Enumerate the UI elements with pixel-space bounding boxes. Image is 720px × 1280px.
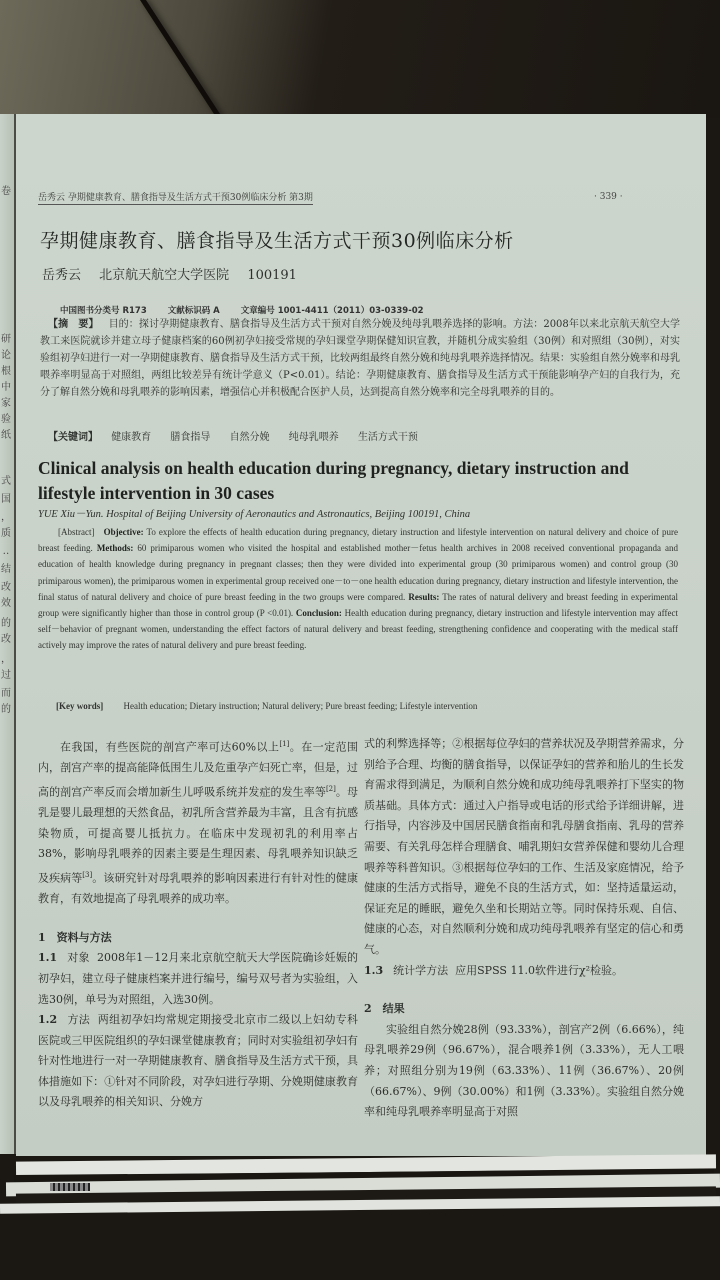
objective-label: Objective: — [104, 527, 144, 537]
previous-page-glyph: 改 — [0, 582, 12, 594]
conclusion-label: Conclusion: — [296, 608, 342, 618]
keyword: 健康教育 — [111, 432, 151, 443]
running-head: 岳秀云 孕期健康教育、膳食指导及生活方式干预30例临床分析 第3期 — [38, 190, 313, 205]
english-title: Clinical analysis on health education du… — [38, 456, 678, 506]
english-keywords: [Key words] Health education; Dietary in… — [56, 701, 477, 711]
citation-1: [1] — [279, 740, 289, 748]
chinese-keywords: 【关键词】 健康教育 膳食指导 自然分娩 纯母乳喂养 生活方式干预 — [48, 428, 434, 443]
english-author-line: YUE Xiu－Yun. Hospital of Beijing Univers… — [38, 506, 470, 521]
previous-page-glyph: 改 — [0, 634, 12, 646]
methods-label: Methods: — [97, 543, 134, 553]
chinese-author-line: 岳秀云 北京航天航空大学医院 100191 — [42, 264, 311, 283]
previous-page-glyph: 中 — [0, 382, 12, 394]
previous-page-glyph: 验 — [0, 414, 12, 426]
previous-page-glyph: 纸 — [0, 430, 12, 442]
page-number: · 339 · — [594, 192, 623, 202]
author-affiliation: 北京航天航空大学医院 — [99, 268, 229, 283]
previous-page-glyph: 而 — [0, 688, 12, 700]
previous-page-glyph: 效 — [0, 598, 12, 610]
subsection-title: 统计学方法 — [393, 964, 448, 977]
previous-page-glyph: 式 — [0, 476, 12, 488]
previous-page-glyph: 质 — [0, 528, 12, 540]
previous-page-glyph: 卷 — [0, 186, 12, 198]
previous-page-glyph: 论 — [0, 350, 12, 362]
subsection-title: 方法 — [67, 1013, 90, 1026]
subsection-1-1: 1.1对象 2008年1－12月来北京航空航天大学医院确诊妊娠的初孕妇，建立母子… — [38, 948, 358, 1010]
clc-number: 中国图书分类号 R173 — [60, 306, 147, 316]
keywords-en-label: [Key words] — [56, 701, 103, 711]
abstract-label: 【摘 要】 — [48, 319, 99, 330]
previous-page-glyph: 的 — [0, 704, 12, 716]
results-label: Results: — [408, 592, 439, 602]
body-right-column: 式的利弊选择等；②根据每位孕妇的营养状况及孕期营养需求，分别给予合理、均衡的膳食… — [364, 734, 684, 1123]
subsection-number: 1.2 — [38, 1013, 57, 1026]
abstract-en-label: [Abstract] — [58, 527, 94, 537]
section-heading-1: 1 资料与方法 — [38, 928, 358, 949]
subsection-text: 应用SPSS 11.0软件进行χ²检验。 — [455, 964, 623, 977]
keyword: 膳食指导 — [170, 432, 210, 443]
keyword: 纯母乳喂养 — [289, 432, 339, 443]
subsection-1-2: 1.2方法 两组初孕妇均常规定期接受北京市二级以上妇幼专科医院或三甲医院组织的孕… — [38, 1010, 358, 1113]
subsection-1-3: 1.3统计学方法 应用SPSS 11.0软件进行χ²检验。 — [364, 961, 684, 982]
article-number: 文章编号 1001-4411（2011）03-0339-02 — [241, 306, 424, 316]
previous-page-glyph: ， — [0, 512, 12, 524]
chinese-abstract: 【摘 要】目的：探讨孕期健康教育、膳食指导及生活方式干预对自然分娩及纯母乳喂养选… — [40, 316, 680, 401]
results-paragraph: 实验组自然分娩28例（93.33%），剖宫产2例（6.66%），纯母乳喂养29例… — [364, 1020, 684, 1123]
subsection-number: 1.1 — [38, 951, 57, 964]
previous-page-glyph: 研 — [0, 334, 12, 346]
author-postcode: 100191 — [247, 268, 297, 283]
intro-text: 。母乳是婴儿最理想的天然食品，初乳所含营养最为丰富，且含有抗感染物质，可提高婴儿… — [38, 786, 358, 885]
classification-line: 中国图书分类号 R173 文献标识码 A 文章编号 1001-4411（2011… — [60, 304, 442, 316]
methods-continued: 式的利弊选择等；②根据每位孕妇的营养状况及孕期营养需求，分别给予合理、均衡的膳食… — [364, 734, 684, 961]
subsection-number: 1.3 — [364, 964, 383, 977]
subsection-title: 对象 — [67, 951, 89, 964]
document-code: 文献标识码 A — [168, 306, 220, 316]
abstract-text: 目的：探讨孕期健康教育、膳食指导及生活方式干预对自然分娩及纯母乳喂养选择的影响。… — [40, 319, 680, 398]
previous-page-glyph: 国 — [0, 494, 12, 506]
intro-text: 在我国，有些医院的剖宫产率可达60%以上 — [60, 741, 279, 754]
previous-page-glyph: 的 — [0, 618, 12, 630]
citation-3: [3] — [82, 871, 92, 879]
keywords-en-text: Health education; Dietary instruction; N… — [124, 701, 478, 711]
body-left-column: 在我国，有些医院的剖宫产率可达60%以上[1]。在一定范围内，剖宫产率的提高能降… — [38, 734, 358, 1113]
keywords-label: 【关键词】 — [48, 432, 98, 443]
previous-page-glyph: 根 — [0, 366, 12, 378]
author-name: 岳秀云 — [42, 268, 81, 283]
photo-background — [0, 0, 720, 118]
section-heading-2: 2 结果 — [364, 999, 684, 1020]
previous-page-glyph: ， — [0, 654, 12, 666]
subsection-text: 两组初孕妇均常规定期接受北京市二级以上妇幼专科医院或三甲医院组织的孕妇课堂健康教… — [38, 1013, 358, 1108]
previous-page-glyph: 过 — [0, 670, 12, 682]
previous-page-glyph: ‥ — [0, 546, 12, 558]
journal-page: 岳秀云 孕期健康教育、膳食指导及生活方式干预30例临床分析 第3期 · 339 … — [16, 114, 706, 1156]
paper-stack-print-mark — [50, 1183, 90, 1191]
chinese-title: 孕期健康教育、膳食指导及生活方式干预30例临床分析 — [40, 226, 514, 253]
previous-page-edge: 卷研论根中家验纸式国，质‥结改效的改，过而的 — [0, 114, 16, 1154]
keyword: 生活方式干预 — [358, 432, 418, 443]
english-abstract: [Abstract] Objective: To explore the eff… — [38, 524, 678, 654]
keyword: 自然分娩 — [230, 432, 270, 443]
citation-2: [2] — [326, 785, 336, 793]
previous-page-glyph: 结 — [0, 564, 12, 576]
previous-page-glyph: 家 — [0, 398, 12, 410]
intro-paragraph: 在我国，有些医院的剖宫产率可达60%以上[1]。在一定范围内，剖宫产率的提高能降… — [38, 734, 358, 910]
